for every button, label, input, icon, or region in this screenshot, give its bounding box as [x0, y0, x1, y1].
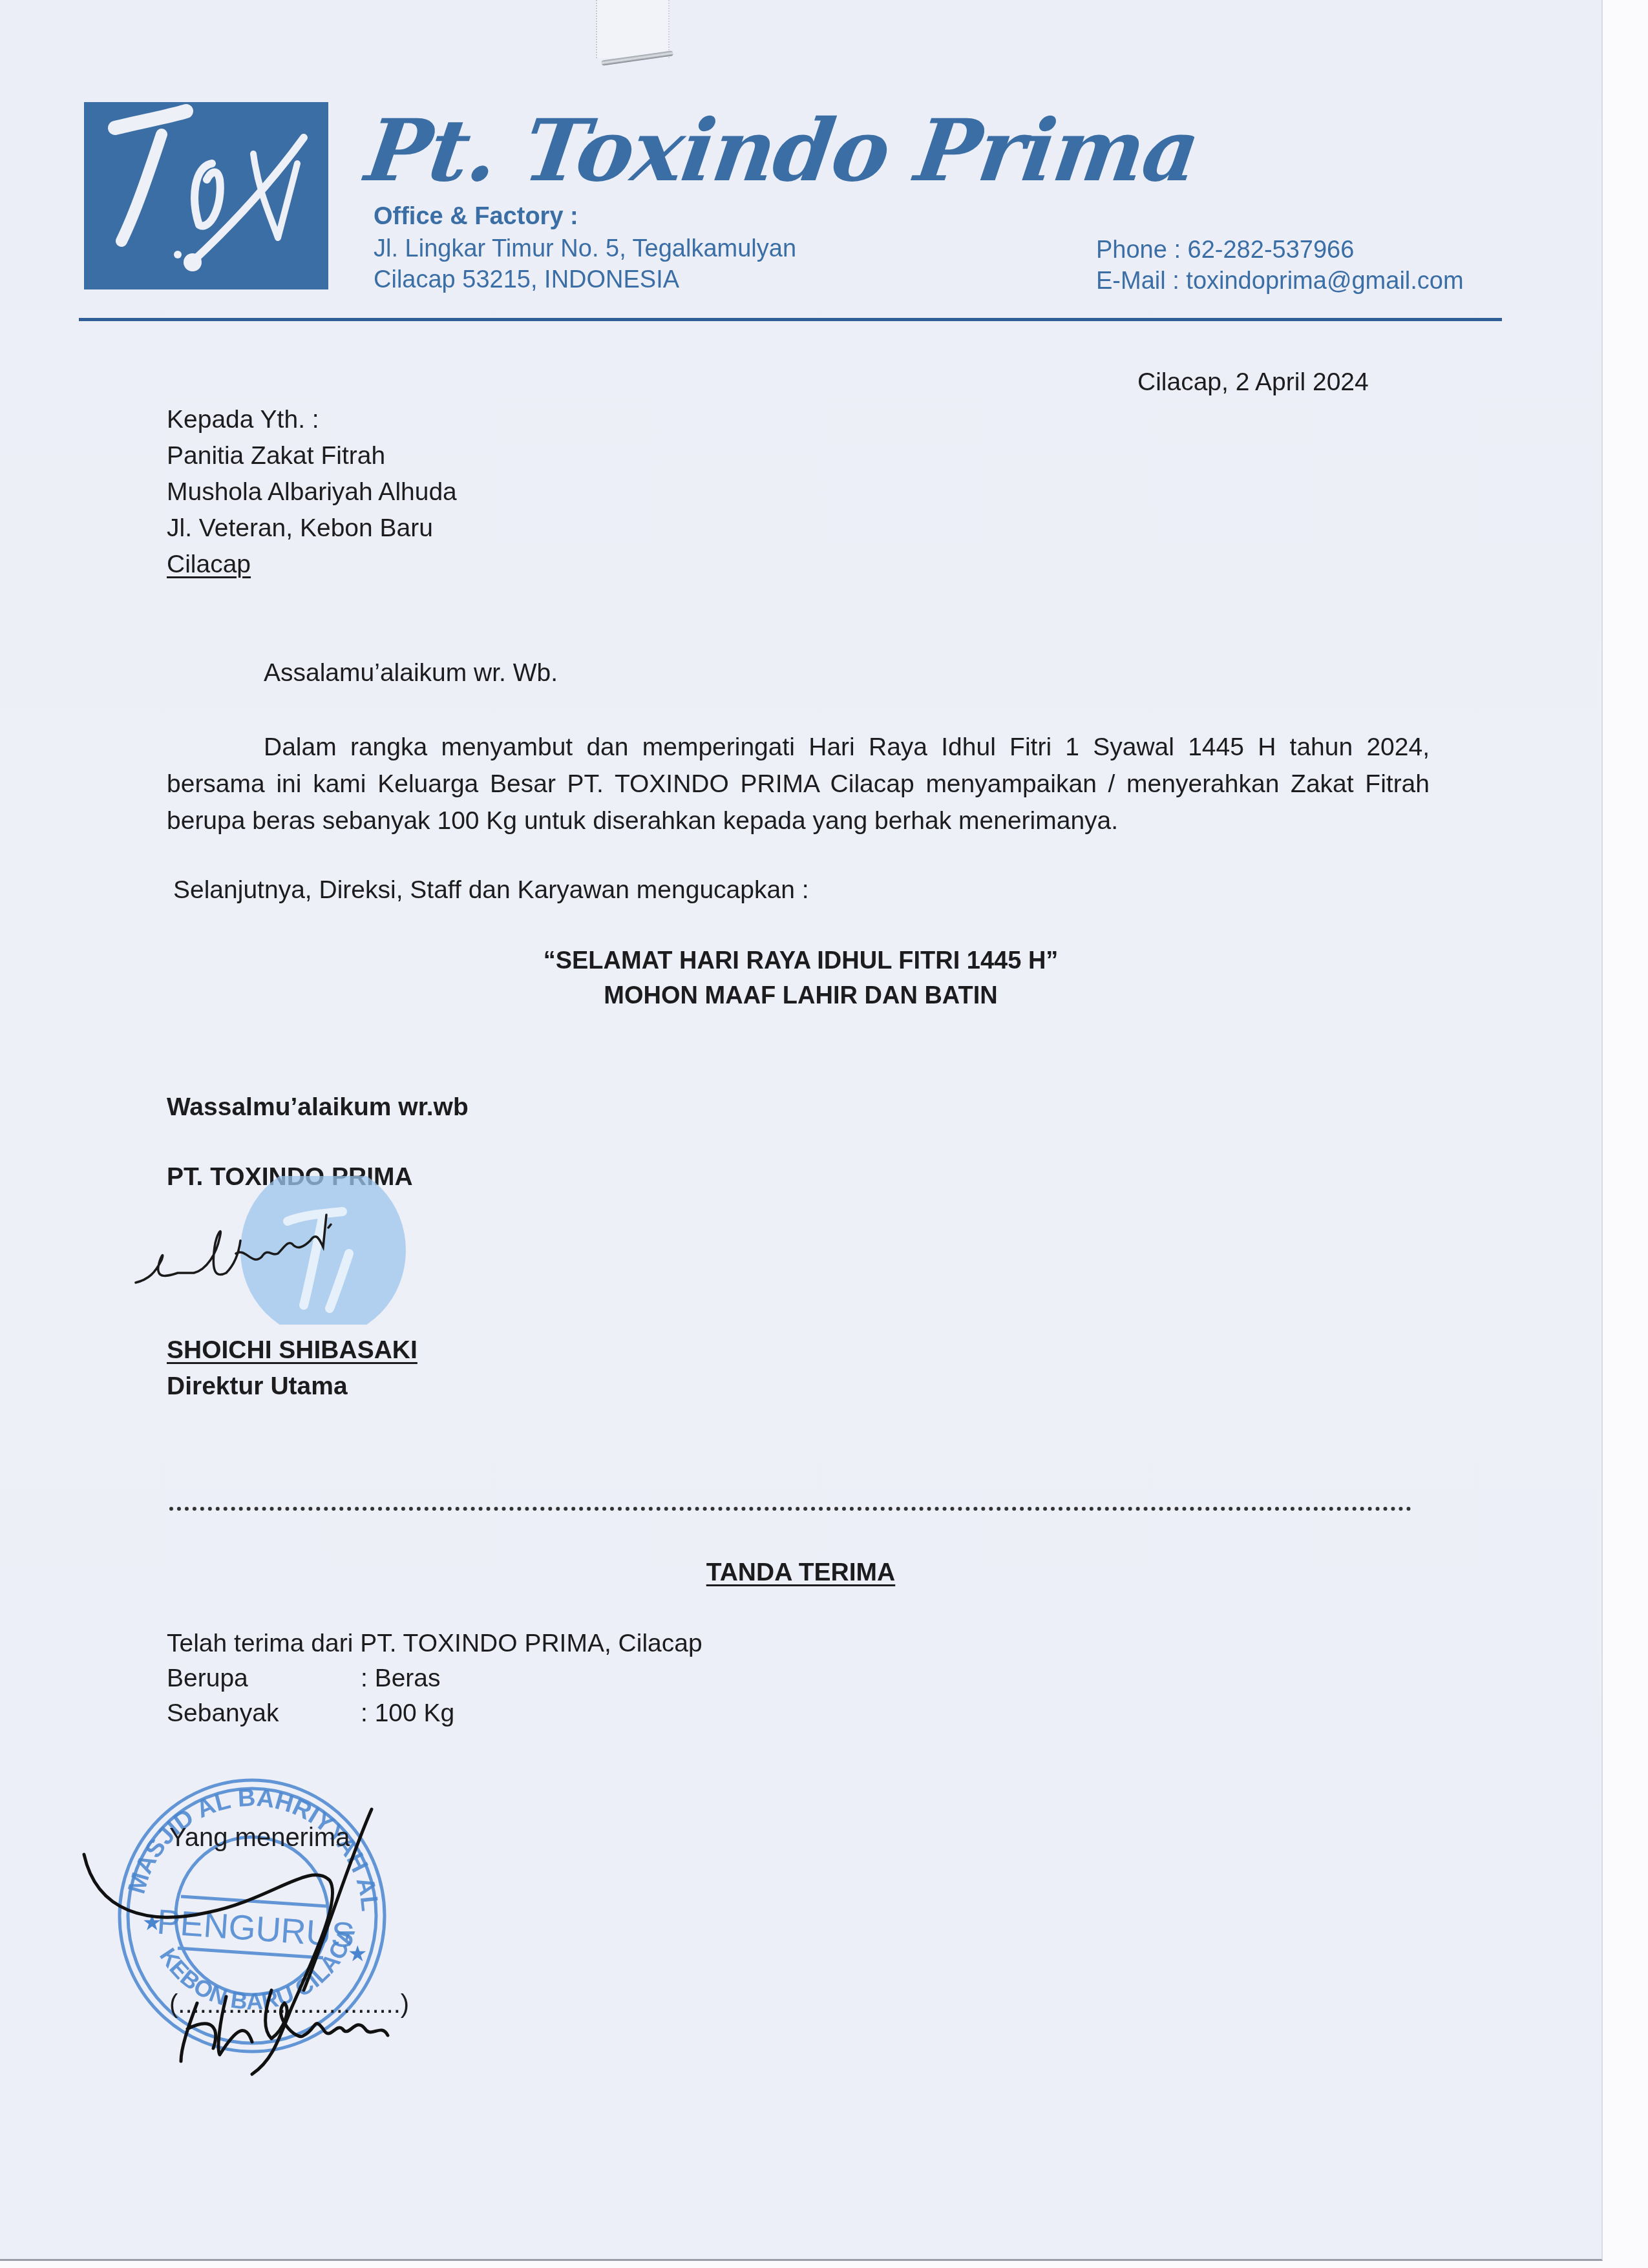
signatory-title: Direktur Utama	[167, 1372, 348, 1401]
receipt-row-value: : Beras	[361, 1664, 441, 1693]
company-seal-and-signature	[129, 1176, 427, 1325]
email-address: E-Mail : toxindoprima@gmail.com	[1096, 268, 1464, 295]
wish-line-1: “SELAMAT HARI RAYA IDHUL FITRI 1445 H”	[0, 947, 1601, 975]
address-line-1: Jl. Lingkar Timur No. 5, Tegalkamulyan	[374, 235, 796, 263]
receipt-row-value: : 100 Kg	[361, 1699, 454, 1728]
receipt-title: TANDA TERIMA	[0, 1559, 1601, 1587]
recipient-salutation: Kepada Yth. :	[167, 406, 319, 434]
place-date: Cilacap, 2 April 2024	[1137, 368, 1369, 397]
receipt-row-label: Sebanyak	[167, 1699, 279, 1728]
header-divider	[79, 318, 1502, 321]
office-label: Office & Factory :	[374, 203, 578, 231]
address-line-2: Cilacap 53215, INDONESIA	[374, 266, 679, 294]
receiver-signature	[78, 1783, 491, 2087]
received-from: Telah terima dari PT. TOXINDO PRIMA, Cil…	[167, 1630, 703, 1658]
signatory-name: SHOICHI SHIBASAKI	[167, 1336, 417, 1365]
receipt-row-label: Berupa	[167, 1664, 248, 1693]
recipient-line-3: Jl. Veteran, Kebon Baru	[167, 514, 433, 543]
tape-strip	[596, 0, 670, 58]
body-paragraph: Dalam rangka menyambut dan memperingati …	[167, 729, 1430, 839]
phone-number: Phone : 62-282-537966	[1096, 236, 1354, 264]
continuation-text: Selanjutnya, Direksi, Staff dan Karyawan…	[173, 876, 809, 905]
recipient-line-1: Panitia Zakat Fitrah	[167, 442, 385, 470]
recipient-city: Cilacap	[167, 551, 251, 579]
wish-line-2: MOHON MAAF LAHIR DAN BATIN	[0, 982, 1601, 1010]
cut-line-divider	[169, 1507, 1411, 1511]
recipient-line-2: Mushola Albariyah Alhuda	[167, 478, 457, 507]
closing: Wassalmu’alaikum wr.wb	[167, 1093, 469, 1122]
greeting: Assalamu’alaikum wr. Wb.	[264, 659, 558, 688]
company-logo	[84, 102, 328, 289]
tox-logo-icon	[84, 102, 328, 289]
company-name: Pt. Toxindo Prima	[361, 109, 1203, 194]
